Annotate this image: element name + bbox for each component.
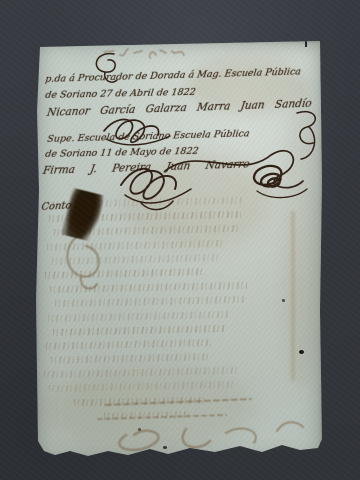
bleed-line (47, 240, 223, 251)
bleed-line (51, 353, 208, 364)
bleed-line (44, 367, 238, 378)
bottom-ghost-mark (271, 413, 311, 439)
entry1-line2: de Soriano 27 de Abril de 1822 (44, 87, 196, 101)
manuscript-page: p.da á Procurador de Dorada á Mag. Escue… (36, 41, 322, 462)
bleed-line (48, 310, 229, 321)
ink-speck (299, 350, 304, 354)
bleed-line (52, 254, 220, 265)
bleed-line (55, 296, 244, 307)
ink-speck (138, 428, 141, 431)
ink-speck (163, 446, 167, 449)
bleed-line (46, 339, 211, 350)
photo-backdrop: p.da á Procurador de Dorada á Mag. Escue… (0, 0, 360, 480)
navarro-rubric-flourish (161, 139, 313, 211)
edge-ink-mark (305, 41, 307, 47)
paper-stain (291, 211, 295, 381)
bleed-line (45, 268, 205, 279)
bleed-line (50, 282, 247, 293)
ink-speck (282, 299, 285, 302)
bleed-line (53, 325, 226, 336)
bottom-ghost-flourish (66, 389, 298, 455)
